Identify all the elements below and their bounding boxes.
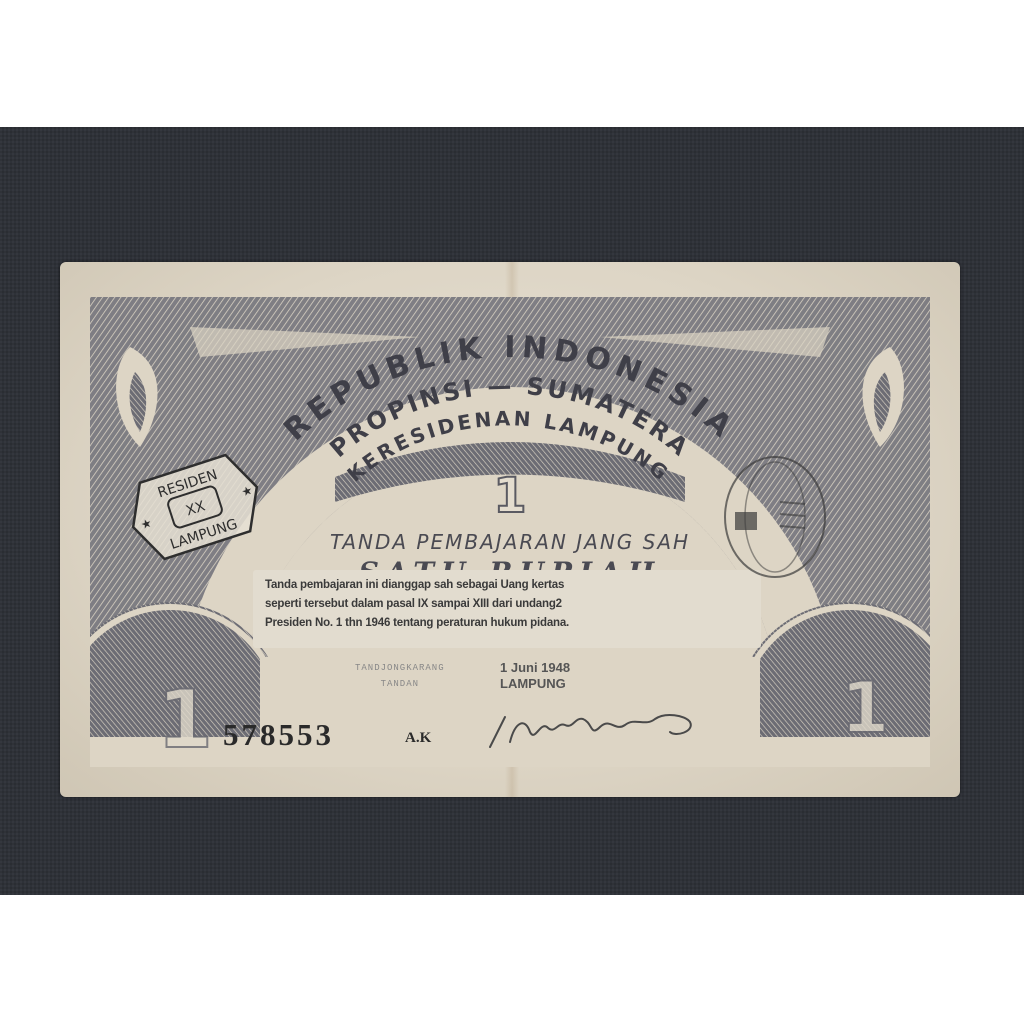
issue-place: LAMPUNG — [500, 676, 570, 692]
legal-line: seperti tersebut dalam pasal IX sampai X… — [265, 595, 755, 614]
legal-text: Tanda pembajaran ini dianggap sah sebaga… — [265, 576, 755, 633]
issue-place-left-line: TANDJONGKARANG — [355, 660, 445, 676]
banknote: REPUBLIK INDONESIA PROPINSI — SUMATERA K… — [60, 262, 960, 797]
corner-numeral-right: 1 — [841, 667, 890, 749]
signature — [485, 697, 715, 757]
residen-lampung-stamp: RESIDEN XX LAMPUNG ★ ★ — [120, 452, 270, 562]
legal-line: Tanda pembajaran ini dianggap sah sebaga… — [265, 576, 755, 595]
circular-postmark — [705, 442, 845, 592]
series-code: A.K — [405, 730, 431, 747]
corner-numeral-left: 1 — [157, 673, 213, 766]
tagline-text: TANDA PEMBAJARAN JANG SAH — [330, 530, 690, 554]
issue-place-left: TANDJONGKARANG TANDAN — [355, 660, 445, 692]
issue-place-left-line: TANDAN — [355, 676, 445, 692]
issue-date: 1 Juni 1948 — [500, 660, 570, 676]
issue-date-block: 1 Juni 1948 LAMPUNG — [500, 660, 570, 692]
serial-number: 578553 — [223, 717, 334, 753]
center-numeral: 1 — [493, 468, 526, 524]
legal-line: Presiden No. 1 thn 1946 tentang peratura… — [265, 614, 755, 633]
